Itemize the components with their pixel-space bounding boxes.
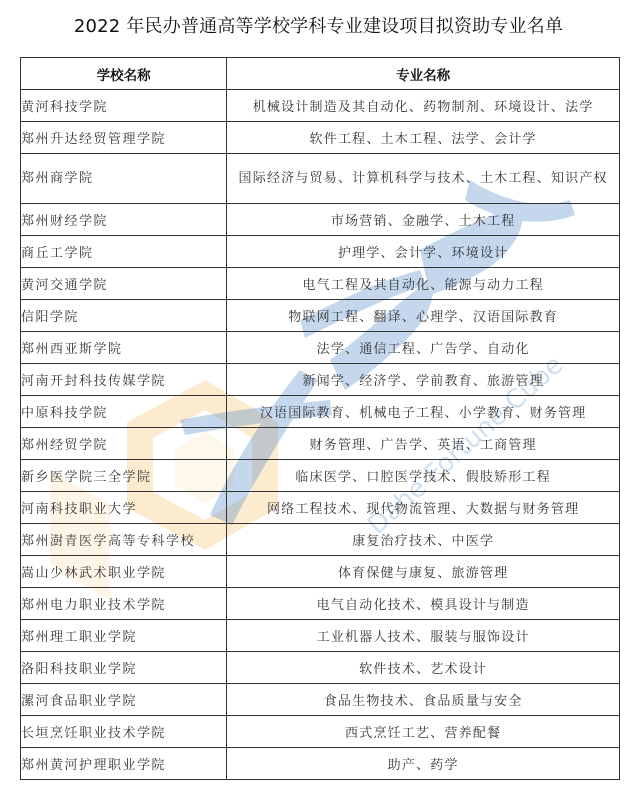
header-school-name: 学校名称 <box>21 58 227 90</box>
majors-cell: 临床医学、口腔医学技术、假肢矫形工程 <box>227 460 620 492</box>
majors-cell: 机械设计制造及其自动化、药物制剂、环境设计、法学 <box>227 90 620 122</box>
majors-cell: 食品生物技术、食品质量与安全 <box>227 684 620 716</box>
school-cell: 河南开封科技传媒学院 <box>21 364 227 396</box>
majors-cell: 软件工程、土木工程、法学、会计学 <box>227 122 620 154</box>
table-row: 郑州升达经贸管理学院 软件工程、土木工程、法学、会计学 <box>21 122 620 154</box>
school-cell: 洛阳科技职业学院 <box>21 652 227 684</box>
majors-cell: 法学、通信工程、广告学、自动化 <box>227 332 620 364</box>
table-row: 信阳学院 物联网工程、翻译、心理学、汉语国际教育 <box>21 300 620 332</box>
majors-cell: 西式烹饪工艺、营养配餐 <box>227 716 620 748</box>
school-cell: 信阳学院 <box>21 300 227 332</box>
table-row: 郑州黄河护理职业学院 助产、药学 <box>21 748 620 780</box>
table-row: 黄河科技学院 机械设计制造及其自动化、药物制剂、环境设计、法学 <box>21 90 620 122</box>
table-row: 郑州经贸学院 财务管理、广告学、英语、工商管理 <box>21 428 620 460</box>
table-header-row: 学校名称 专业名称 <box>21 58 620 90</box>
table-row: 嵩山少林武术职业学院 体育保健与康复、旅游管理 <box>21 556 620 588</box>
school-cell: 长垣烹饪职业技术学院 <box>21 716 227 748</box>
table-row: 郑州财经学院 市场营销、金融学、土木工程 <box>21 204 620 236</box>
school-cell: 郑州电力职业技术学院 <box>21 588 227 620</box>
table-row: 郑州西亚斯学院 法学、通信工程、广告学、自动化 <box>21 332 620 364</box>
school-cell: 中原科技学院 <box>21 396 227 428</box>
school-cell: 黄河交通学院 <box>21 268 227 300</box>
table-row: 河南开封科技传媒学院 新闻学、经济学、学前教育、旅游管理 <box>21 364 620 396</box>
majors-cell: 助产、药学 <box>227 748 620 780</box>
majors-cell: 电气自动化技术、模具设计与制造 <box>227 588 620 620</box>
school-cell: 郑州澍青医学高等专科学校 <box>21 524 227 556</box>
school-cell: 郑州商学院 <box>21 154 227 204</box>
school-cell: 郑州升达经贸管理学院 <box>21 122 227 154</box>
table-row: 郑州澍青医学高等专科学校 康复治疗技术、中医学 <box>21 524 620 556</box>
table-row: 郑州电力职业技术学院 电气自动化技术、模具设计与制造 <box>21 588 620 620</box>
school-cell: 商丘工学院 <box>21 236 227 268</box>
majors-cell: 软件技术、艺术设计 <box>227 652 620 684</box>
school-cell: 郑州理工职业学院 <box>21 620 227 652</box>
school-cell: 河南科技职业大学 <box>21 492 227 524</box>
table-row: 商丘工学院 护理学、会计学、环境设计 <box>21 236 620 268</box>
table-row: 郑州商学院 国际经济与贸易、计算机科学与技术、土木工程、知识产权 <box>21 154 620 204</box>
school-cell: 郑州经贸学院 <box>21 428 227 460</box>
school-cell: 黄河科技学院 <box>21 90 227 122</box>
majors-cell: 物联网工程、翻译、心理学、汉语国际教育 <box>227 300 620 332</box>
majors-cell: 网络工程技术、现代物流管理、大数据与财务管理 <box>227 492 620 524</box>
table-row: 河南科技职业大学 网络工程技术、现代物流管理、大数据与财务管理 <box>21 492 620 524</box>
majors-cell: 汉语国际教育、机械电子工程、小学教育、财务管理 <box>227 396 620 428</box>
majors-cell: 工业机器人技术、服装与服饰设计 <box>227 620 620 652</box>
school-cell: 漯河食品职业学院 <box>21 684 227 716</box>
majors-cell: 电气工程及其自动化、能源与动力工程 <box>227 268 620 300</box>
table-row: 长垣烹饪职业技术学院 西式烹饪工艺、营养配餐 <box>21 716 620 748</box>
majors-cell: 市场营销、金融学、土木工程 <box>227 204 620 236</box>
school-cell: 郑州西亚斯学院 <box>21 332 227 364</box>
table-row: 新乡医学院三全学院 临床医学、口腔医学技术、假肢矫形工程 <box>21 460 620 492</box>
funded-majors-table: 学校名称 专业名称 黄河科技学院 机械设计制造及其自动化、药物制剂、环境设计、法… <box>20 57 620 780</box>
majors-cell: 财务管理、广告学、英语、工商管理 <box>227 428 620 460</box>
majors-cell: 体育保健与康复、旅游管理 <box>227 556 620 588</box>
majors-cell: 护理学、会计学、环境设计 <box>227 236 620 268</box>
table-row: 漯河食品职业学院 食品生物技术、食品质量与安全 <box>21 684 620 716</box>
header-major-name: 专业名称 <box>227 58 620 90</box>
majors-cell: 新闻学、经济学、学前教育、旅游管理 <box>227 364 620 396</box>
school-cell: 嵩山少林武术职业学院 <box>21 556 227 588</box>
document-title: 2022 年民办普通高等学校学科专业建设项目拟资助专业名单 <box>0 12 637 38</box>
table-row: 洛阳科技职业学院 软件技术、艺术设计 <box>21 652 620 684</box>
school-cell: 郑州黄河护理职业学院 <box>21 748 227 780</box>
majors-cell: 康复治疗技术、中医学 <box>227 524 620 556</box>
table-row: 中原科技学院 汉语国际教育、机械电子工程、小学教育、财务管理 <box>21 396 620 428</box>
table-row: 黄河交通学院 电气工程及其自动化、能源与动力工程 <box>21 268 620 300</box>
table-row: 郑州理工职业学院 工业机器人技术、服装与服饰设计 <box>21 620 620 652</box>
majors-cell: 国际经济与贸易、计算机科学与技术、土木工程、知识产权 <box>227 154 620 204</box>
school-cell: 郑州财经学院 <box>21 204 227 236</box>
school-cell: 新乡医学院三全学院 <box>21 460 227 492</box>
